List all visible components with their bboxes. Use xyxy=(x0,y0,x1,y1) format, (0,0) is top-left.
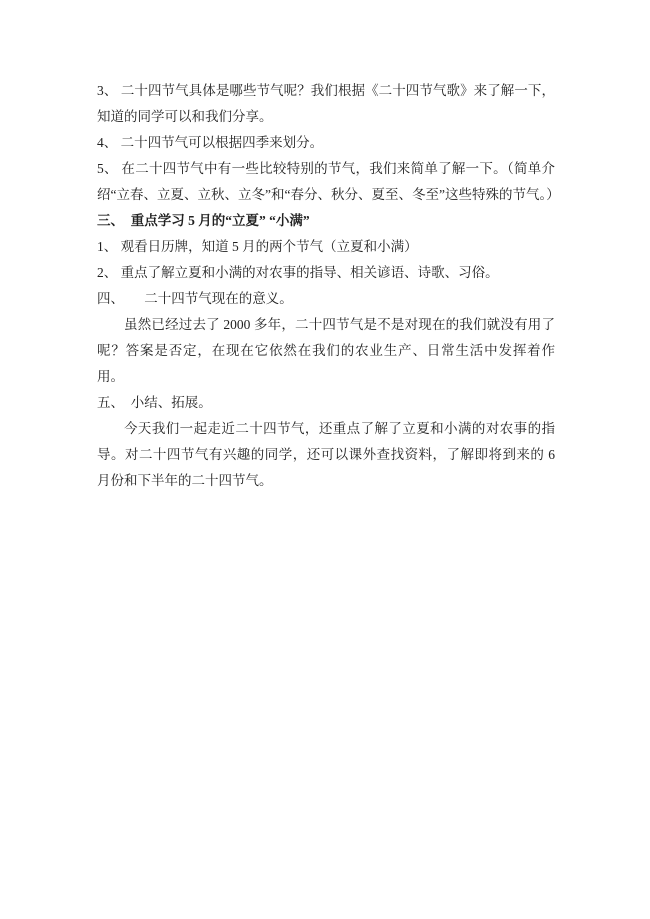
document-page: 3、 二十四节气具体是哪些节气呢？我们根据《二十四节气歌》来了解一下，知道的同学… xyxy=(0,0,650,919)
numbered-item-5: 5、 在二十四节气中有一些比较特别的节气，我们来简单了解一下。（简单介绍“立春、… xyxy=(97,156,555,208)
numbered-item-3: 3、 二十四节气具体是哪些节气呢？我们根据《二十四节气歌》来了解一下，知道的同学… xyxy=(97,78,555,130)
section-heading-five: 五、 小结、拓展。 xyxy=(97,390,555,416)
numbered-item-4: 4、 二十四节气可以根据四季来划分。 xyxy=(97,130,555,156)
section-heading-three: 三、 重点学习 5 月的“立夏” “小满” xyxy=(97,208,555,234)
numbered-item-2: 2、 重点了解立夏和小满的对农事的指导、相关谚语、诗歌、习俗。 xyxy=(97,260,555,286)
paragraph-current-meaning: 虽然已经过去了 2000 多年，二十四节气是不是对现在的我们就没有用了呢？答案是… xyxy=(97,312,555,390)
paragraph-summary-extension: 今天我们一起走近二十四节气，还重点了解了立夏和小满的对农事的指导。对二十四节气有… xyxy=(97,416,555,494)
numbered-item-1: 1、 观看日历牌，知道 5 月的两个节气（立夏和小满） xyxy=(97,234,555,260)
document-content: 3、 二十四节气具体是哪些节气呢？我们根据《二十四节气歌》来了解一下，知道的同学… xyxy=(97,78,555,494)
section-heading-four: 四、 二十四节气现在的意义。 xyxy=(97,286,555,312)
